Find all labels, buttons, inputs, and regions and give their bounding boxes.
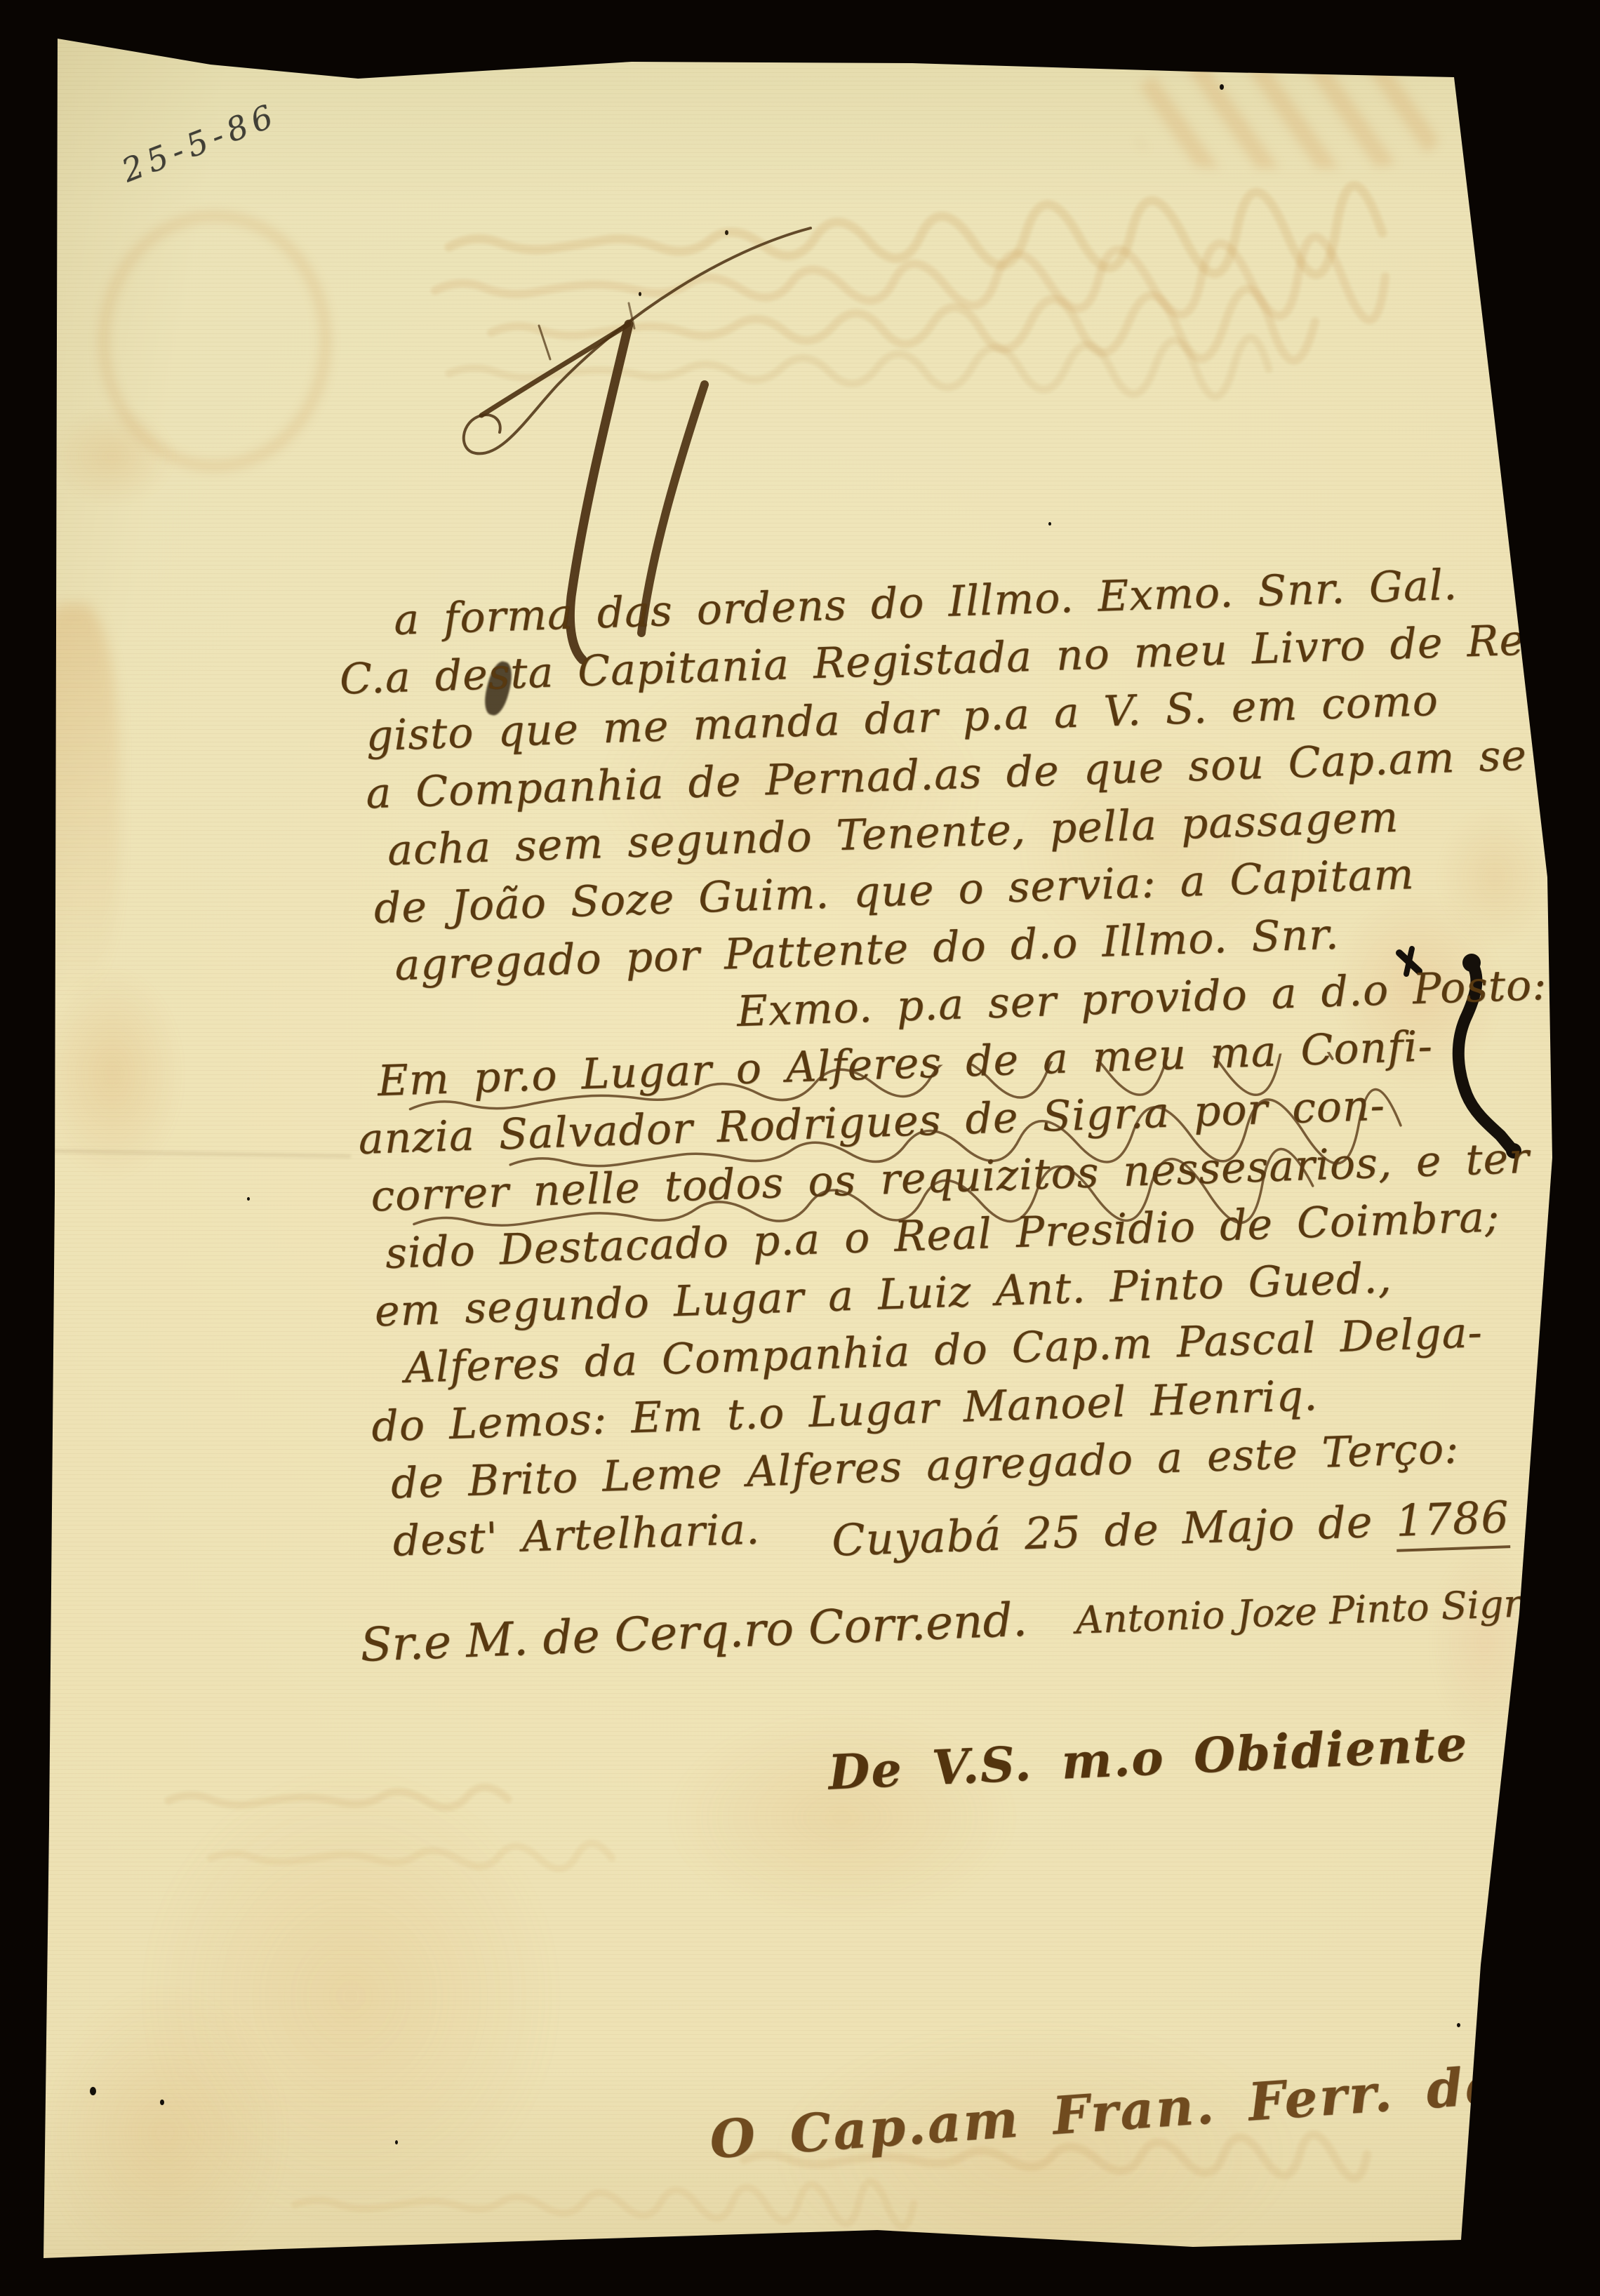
wormhole-speck bbox=[1220, 84, 1224, 90]
wormhole-speck bbox=[247, 1197, 250, 1201]
stain-left-drip bbox=[28, 603, 119, 996]
wormhole-speck bbox=[395, 2140, 398, 2144]
stain bbox=[49, 407, 175, 505]
address-secretary: Antonio Joze Pinto Sigr.d bbox=[1075, 1580, 1555, 1643]
stain bbox=[42, 1986, 288, 2281]
letter-body: a forma das ordens do Illmo. Exmo. Snr. … bbox=[351, 554, 1561, 1570]
dateline-year: 1786 bbox=[1395, 1491, 1511, 1552]
address-recipient: Sr.e M. de Cerq.ro Corr.end. bbox=[359, 1593, 1028, 1672]
wormhole-speck bbox=[1048, 522, 1051, 526]
stain bbox=[42, 968, 182, 1179]
wormhole-speck bbox=[1457, 2023, 1460, 2027]
valediction: De V.S. m.o Obidiente bbox=[827, 1716, 1469, 1801]
docket-note: O Cap.am Fran. Ferr. de Az.do bbox=[708, 2041, 1600, 2171]
manuscript-paper: 25-5-86 N a forma das ordens do Illmo. E… bbox=[0, 0, 1600, 2296]
wormhole-speck bbox=[160, 2100, 164, 2105]
wormhole-speck bbox=[725, 230, 728, 235]
wormhole-speck bbox=[90, 2087, 96, 2095]
address-line: Sr.e M. de Cerq.ro Corr.end. Antonio Joz… bbox=[359, 1573, 1554, 1672]
scanned-manuscript-page: { "scan": { "background_color": "#090502… bbox=[0, 0, 1600, 2296]
fold-crease bbox=[49, 1149, 351, 1158]
stain-ghost-ring bbox=[98, 211, 331, 472]
stain bbox=[140, 1768, 561, 2224]
emphasis-flourish-strokes bbox=[367, 1045, 1552, 1267]
stain-top-right-streaks bbox=[1137, 63, 1439, 168]
wormhole-speck bbox=[639, 292, 641, 296]
pencil-date-note: 25-5-86 bbox=[116, 95, 283, 189]
